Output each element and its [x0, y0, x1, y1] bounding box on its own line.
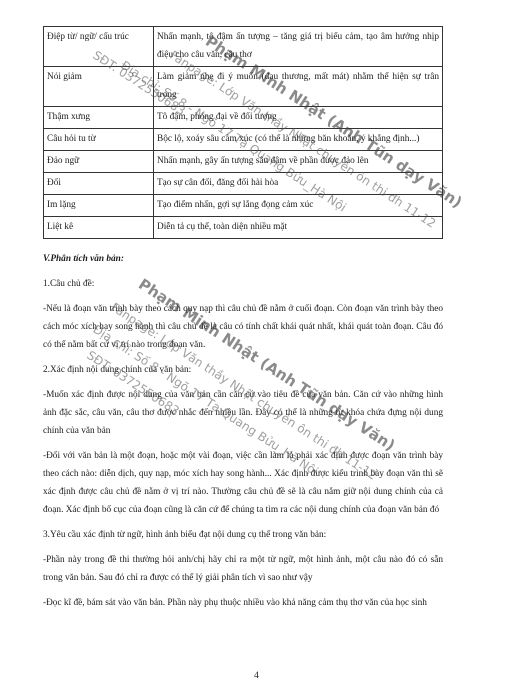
page-number: 4 — [0, 671, 513, 681]
table-row: Đảo ngữNhấn mạnh, gây ấn tượng sâu đậm v… — [44, 151, 443, 173]
device-term: Đảo ngữ — [44, 151, 154, 173]
paragraph: -Phần này trong đề thi thường hỏi anh/ch… — [43, 551, 443, 587]
device-term: Nói giảm — [44, 67, 154, 107]
section-heading: V.Phân tích văn bản: — [43, 250, 443, 268]
device-term: Liệt kê — [44, 217, 154, 239]
rhetorical-devices-table: Điệp từ/ ngữ/ cấu trúcNhấn mạnh, tô đậm … — [43, 26, 443, 239]
paragraph: -Nếu là đoạn văn trình bày theo cách quy… — [43, 300, 443, 354]
paragraph-topic-sentence-title: 1.Câu chủ đề: — [43, 275, 443, 293]
table-row: ĐốiTạo sự cân đối, đăng đối hài hòa — [44, 173, 443, 195]
table-row: Liệt kêDiễn tả cụ thể, toàn diện nhiều m… — [44, 217, 443, 239]
paragraph-words-images-title: 3.Yêu cầu xác định từ ngữ, hình ảnh biểu… — [43, 526, 443, 544]
device-effect: Tạo sự cân đối, đăng đối hài hòa — [154, 173, 443, 195]
device-effect: Bộc lộ, xoáy sâu cảm xúc (có thể là nhữn… — [154, 129, 443, 151]
table-row: Thậm xưngTô đậm, phóng đại về đối tượng — [44, 107, 443, 129]
paragraph: -Đọc kĩ đề, bám sát vào văn bản. Phần nà… — [43, 594, 443, 612]
device-effect: Diễn tả cụ thể, toàn diện nhiều mặt — [154, 217, 443, 239]
device-term: Im lặng — [44, 195, 154, 217]
device-term: Câu hỏi tu từ — [44, 129, 154, 151]
paragraph: -Đối với văn bản là một đoạn, hoặc một v… — [43, 447, 443, 519]
device-effect: Nhấn mạnh, gây ấn tượng sâu đậm về phần … — [154, 151, 443, 173]
table-row: Im lặngTạo điểm nhấn, gợi sự lắng đọng c… — [44, 195, 443, 217]
paragraph-main-content-title: 2.Xác định nội dung chính của văn bản: — [43, 361, 443, 379]
paragraph: -Muốn xác định được nội dung của văn bản… — [43, 386, 443, 440]
device-effect: Làm giảm nhẹ đi ý muốn (đau thương, mất … — [154, 67, 443, 107]
device-term: Điệp từ/ ngữ/ cấu trúc — [44, 27, 154, 67]
device-term: Đối — [44, 173, 154, 195]
device-term: Thậm xưng — [44, 107, 154, 129]
table-row: Câu hỏi tu từBộc lộ, xoáy sâu cảm xúc (c… — [44, 129, 443, 151]
device-effect: Tạo điểm nhấn, gợi sự lắng đọng cảm xúc — [154, 195, 443, 217]
document-page: Điệp từ/ ngữ/ cấu trúcNhấn mạnh, tô đậm … — [0, 0, 513, 692]
device-effect: Nhấn mạnh, tô đậm ấn tượng – tăng giá tr… — [154, 27, 443, 67]
table-row: Nói giảmLàm giảm nhẹ đi ý muốn (đau thươ… — [44, 67, 443, 107]
analysis-section: V.Phân tích văn bản: 1.Câu chủ đề: -Nếu … — [43, 250, 443, 619]
table-row: Điệp từ/ ngữ/ cấu trúcNhấn mạnh, tô đậm … — [44, 27, 443, 67]
device-effect: Tô đậm, phóng đại về đối tượng — [154, 107, 443, 129]
